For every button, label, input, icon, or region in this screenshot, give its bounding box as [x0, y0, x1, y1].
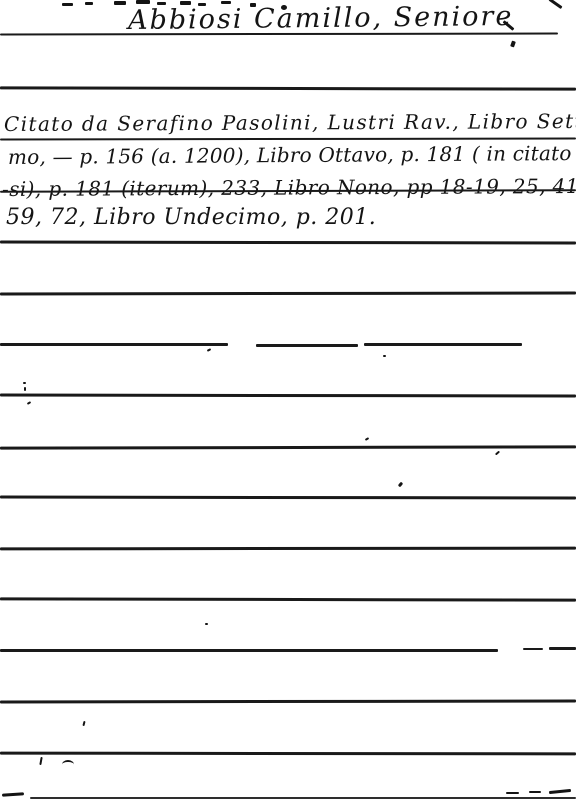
citation-line: Citato da Serafino Pasolini, Lustri Rav.… — [4, 111, 576, 134]
ink-speck — [383, 355, 386, 357]
scan-artifact-dash — [85, 2, 93, 5]
citation-line: 59, 72, Libro Undecimo, p. 201. — [6, 207, 376, 229]
ruled-line — [0, 33, 558, 36]
ruled-line — [0, 445, 576, 449]
ruled-line — [0, 86, 576, 90]
ruled-line — [0, 137, 576, 140]
ink-speck — [207, 348, 211, 352]
ink-speck — [365, 437, 369, 441]
ruled-line — [0, 393, 576, 397]
ink-speck — [398, 482, 404, 488]
ruled-line — [0, 495, 576, 499]
citation-line: -si), p. 181 (iterum), 233, Libro Nono, … — [2, 176, 576, 199]
scan-artifact-dash — [114, 1, 126, 5]
ink-speck — [24, 387, 26, 391]
ink-speck — [205, 623, 208, 625]
ink-speck — [27, 401, 31, 405]
card-header-name: Abbiosi Camillo, Seniore — [128, 3, 514, 34]
index-card: Abbiosi Camillo, Seniore Citato da Seraf… — [0, 0, 576, 800]
ruled-line — [0, 699, 576, 703]
ink-speck — [495, 451, 500, 456]
scan-artifact-stroke — [548, 0, 562, 9]
ruled-line — [0, 597, 576, 601]
ink-speck — [23, 382, 26, 384]
scan-artifact-dash — [62, 3, 73, 6]
ruled-line — [0, 752, 576, 756]
citation-line: mo, — p. 156 (a. 1200), Libro Ottavo, p.… — [8, 143, 576, 167]
scan-artifact-stroke — [510, 40, 516, 47]
ink-speck — [39, 757, 42, 765]
ruled-line — [0, 547, 576, 551]
ruled-line — [0, 291, 576, 295]
ruled-line — [0, 240, 576, 244]
ink-speck — [82, 721, 85, 726]
ink-speck — [62, 760, 74, 769]
scan-artifact-dash — [136, 0, 150, 4]
